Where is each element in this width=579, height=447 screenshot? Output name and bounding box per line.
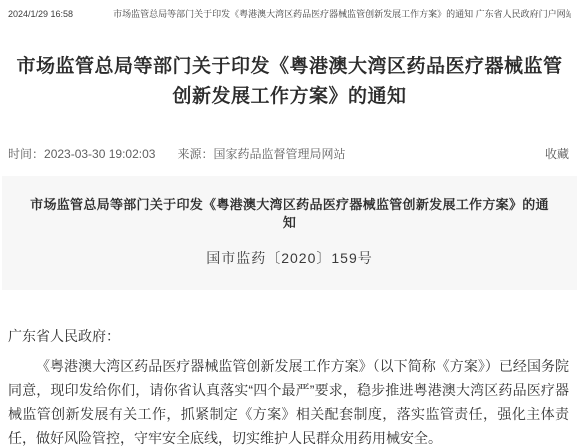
article-body: 广东省人民政府： 《粤港澳大湾区药品医疗器械监管创新发展工作方案》（以下简称《方… [0, 324, 579, 447]
notice-page: 2024/1/29 16:58 市场监管总局等部门关于印发《粤港澳大湾区药品医疗… [0, 0, 579, 447]
source-label: 来源： [177, 147, 213, 161]
body-paragraph: 《粤港澳大湾区药品医疗器械监管创新发展工作方案》（以下简称《方案》）已经国务院同… [8, 354, 569, 447]
article-meta-bar: 时间：2023-03-30 19:02:03 来源：国家药品监督管理局网站 收藏 [0, 146, 579, 162]
page-title: 市场监管总局等部门关于印发《粤港澳大湾区药品医疗器械监管创新发展工作方案》的通知 [0, 52, 579, 112]
print-preview-header: 2024/1/29 16:58 市场监管总局等部门关于印发《粤港澳大湾区药品医疗… [0, 0, 579, 20]
source: 来源：国家药品监督管理局网站 [177, 146, 345, 162]
document-number: 国市监药〔2020〕159号 [26, 248, 553, 268]
time-value: 2023-03-30 19:02:03 [44, 147, 155, 161]
print-timestamp: 2024/1/29 16:58 [8, 9, 73, 20]
salutation: 广东省人民政府： [8, 324, 569, 348]
time-label: 时间： [8, 147, 44, 161]
source-value: 国家药品监督管理局网站 [213, 147, 345, 161]
notice-title: 市场监管总局等部门关于印发《粤港澳大湾区药品医疗器械监管创新发展工作方案》的通知 [26, 196, 553, 232]
publish-time: 时间：2023-03-30 19:02:03 [8, 146, 155, 162]
print-page-title: 市场监管总局等部门关于印发《粤港澳大湾区药品医疗器械监管创新发展工作方案》的通知… [73, 9, 571, 20]
notice-header-panel: 市场监管总局等部门关于印发《粤港澳大湾区药品医疗器械监管创新发展工作方案》的通知… [2, 176, 577, 290]
favorite-button[interactable]: 收藏 [545, 146, 569, 162]
